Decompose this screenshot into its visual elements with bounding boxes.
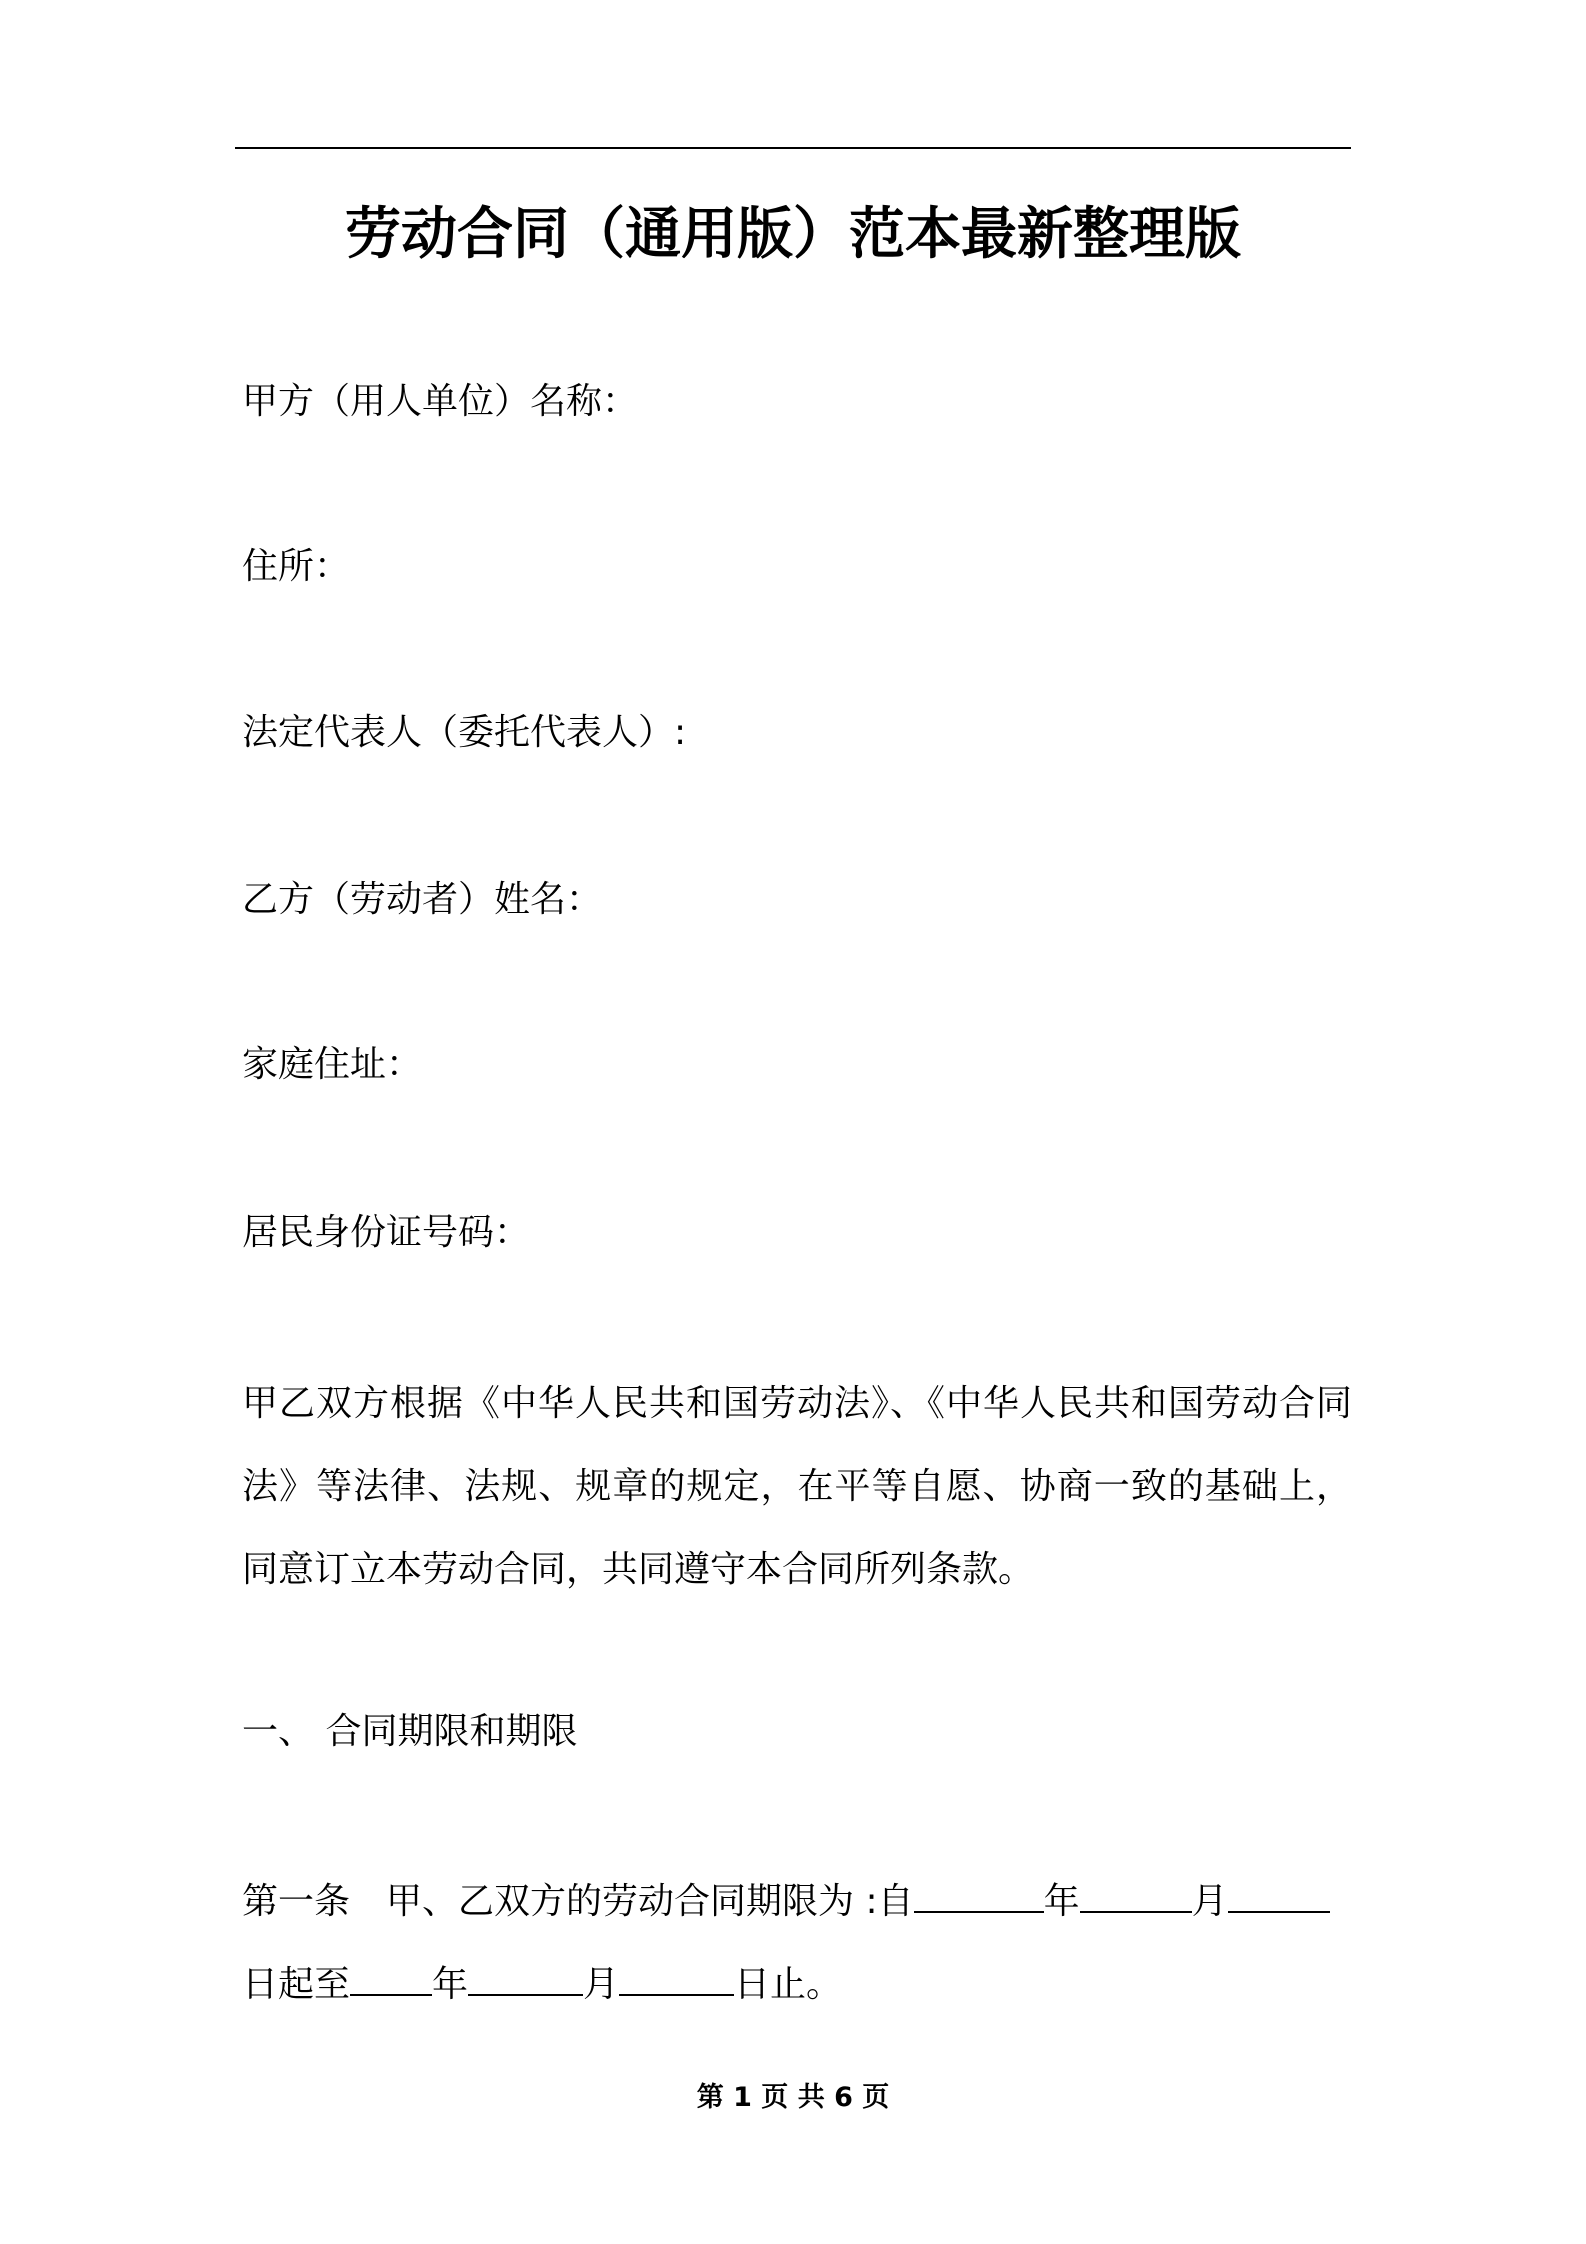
document-title: 劳动合同（通用版）范本最新整理版 (0, 200, 1586, 270)
article-1-line2-prefix: 日起至 (242, 1964, 350, 2005)
page-number-footer: 第 1 页 共 6 页 (0, 2078, 1586, 2118)
field-employee-name: 乙方（劳动者）姓名： (242, 878, 602, 922)
field-employer-name: 甲方（用人单位）名称： (242, 380, 638, 424)
end-year-blank[interactable] (350, 1958, 432, 1996)
field-employer-address: 住所： (242, 545, 350, 589)
article-1-suffix: 日止。 (734, 1964, 842, 2005)
article-1-prefix: 第一条 甲、乙双方的劳动合同期限为 :自 (242, 1881, 914, 1922)
field-legal-representative: 法定代表人（委托代表人）: (242, 711, 686, 755)
end-year-label: 年 (432, 1964, 468, 2005)
start-month-blank[interactable] (1080, 1875, 1192, 1913)
end-day-blank[interactable] (619, 1958, 734, 1996)
article-1-line-1: 第一条 甲、乙双方的劳动合同期限为 :自年月 (242, 1875, 1330, 1924)
start-day-blank[interactable] (1228, 1875, 1330, 1913)
field-home-address: 家庭住址： (242, 1043, 422, 1087)
preamble-paragraph: 甲乙双方根据《中华人民共和国劳动法》、《中华人民共和国劳动合同 法》等法律、法规… (242, 1362, 1352, 1611)
preamble-line-1: 甲乙双方根据《中华人民共和国劳动法》、《中华人民共和国劳动合同 (242, 1362, 1352, 1445)
header-rule (235, 147, 1351, 149)
preamble-line-2: 法》等法律、法规、规章的规定，在平等自愿、协商一致的基础上， (242, 1445, 1352, 1528)
field-id-number: 居民身份证号码： (242, 1211, 530, 1255)
preamble-line-3: 同意订立本劳动合同，共同遵守本合同所列条款。 (242, 1528, 1352, 1611)
start-year-label: 年 (1044, 1881, 1080, 1922)
article-1-line-2: 日起至年月日止。 (242, 1958, 842, 2007)
start-year-blank[interactable] (914, 1875, 1044, 1913)
section-heading-contract-term: 一、 合同期限和期限 (242, 1710, 577, 1754)
end-month-blank[interactable] (468, 1958, 583, 1996)
end-month-label: 月 (583, 1964, 619, 2005)
start-month-label: 月 (1192, 1881, 1228, 1922)
